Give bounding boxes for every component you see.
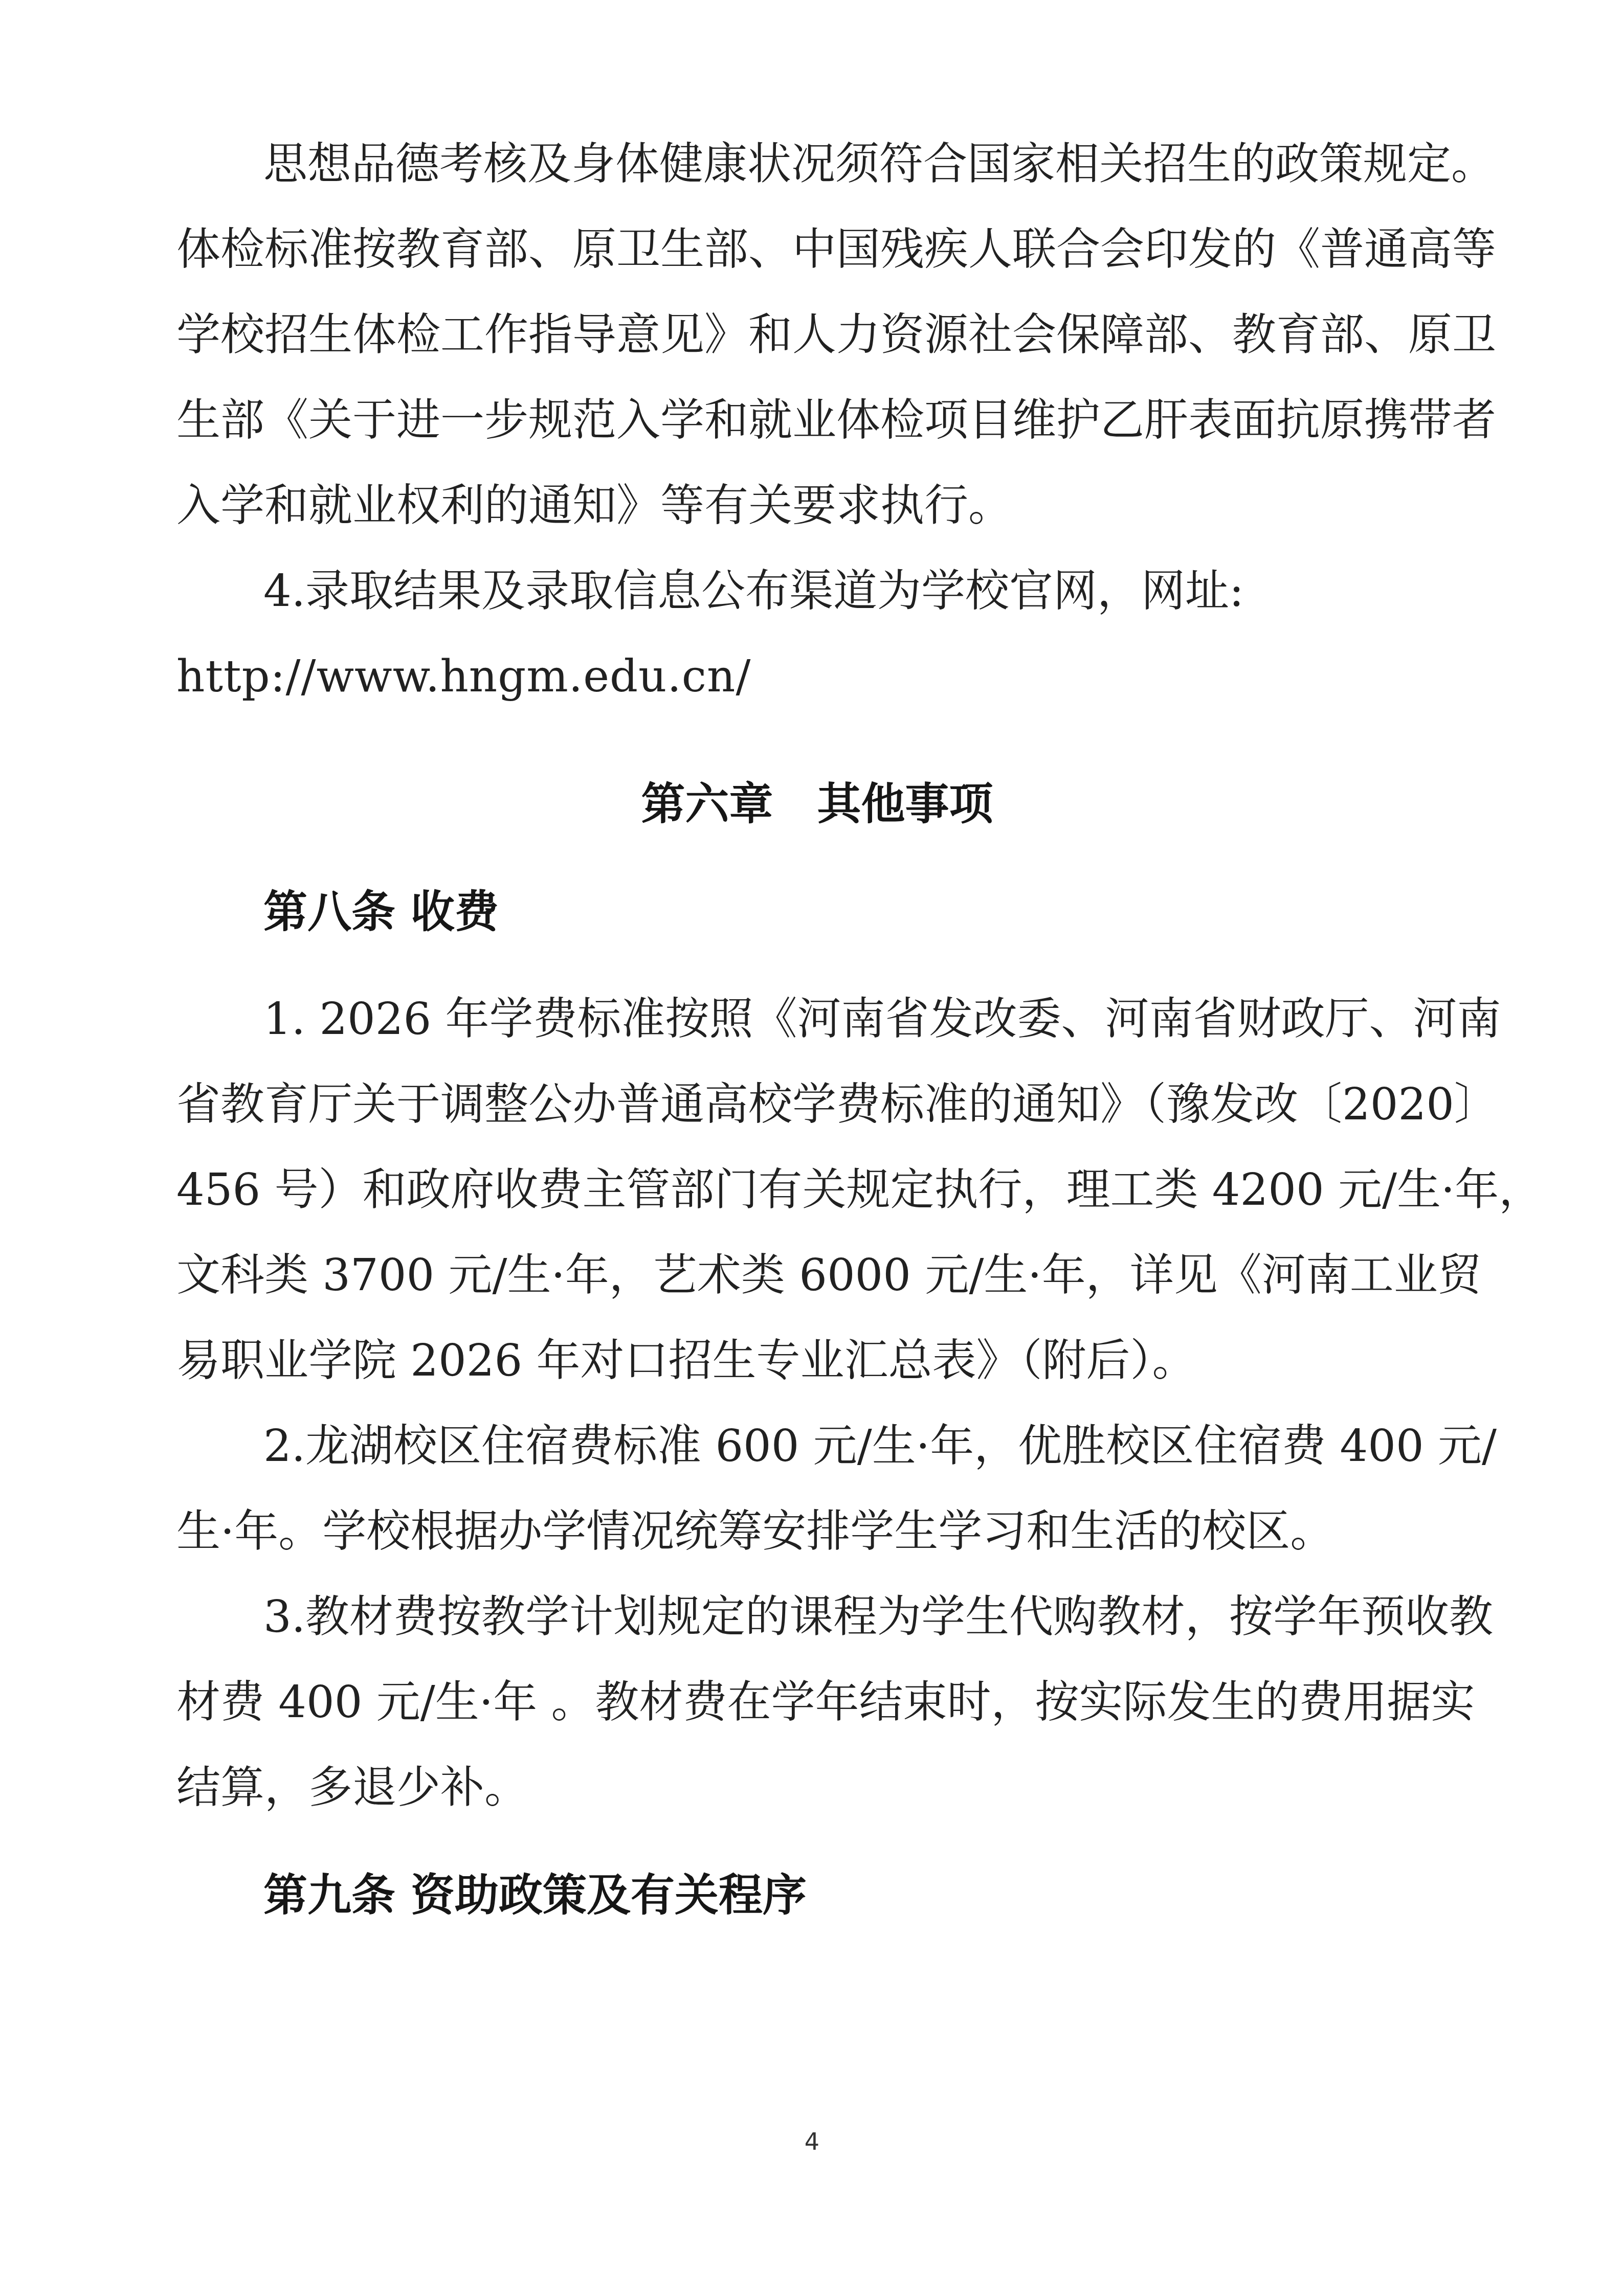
doc-line: 生·年。学校根据办学情况统筹安排学生学习和生活的校区。 <box>176 1489 1458 1574</box>
doc-line: 体检标准按教育部、原卫生部、中国残疾人联合会印发的《普通高等 <box>176 207 1458 292</box>
doc-line: 文科类 3700 元/生·年，艺术类 6000 元/生·年，详见《河南工业贸 <box>176 1233 1458 1318</box>
doc-line: 3.教材费按教学计划规定的课程为学生代购教材，按学年预收教 <box>176 1574 1458 1660</box>
document-body: 思想品德考核及身体健康状况须符合国家相关招生的政策规定。 体检标准按教育部、原卫… <box>0 0 1624 1938</box>
doc-line: 2.龙湖校区住宿费标准 600 元/生·年，优胜校区住宿费 400 元/ <box>176 1404 1458 1489</box>
doc-line: 4.录取结果及录取信息公布渠道为学校官网，网址: <box>176 549 1458 634</box>
article-heading-fees: 第八条 收费 <box>176 869 1458 955</box>
doc-line: 入学和就业权利的通知》等有关要求执行。 <box>176 463 1458 549</box>
doc-line: 1. 2026 年学费标准按照《河南省发改委、河南省财政厅、河南 <box>176 977 1458 1062</box>
doc-line: 思想品德考核及身体健康状况须符合国家相关招生的政策规定。 <box>176 122 1458 207</box>
chapter-heading: 第六章 其他事项 <box>176 762 1458 847</box>
doc-line: 省教育厅关于调整公办普通高校学费标准的通知》（豫发改〔2020〕 <box>176 1062 1458 1147</box>
article-heading-aid-policy: 第九条 资助政策及有关程序 <box>176 1853 1458 1938</box>
url-text: http://www.hngm.edu.cn/ <box>176 634 1458 719</box>
doc-line: 456 号）和政府收费主管部门有关规定执行，理工类 4200 元/生·年， <box>176 1147 1458 1233</box>
doc-line: 结算，多退少补。 <box>176 1745 1458 1831</box>
page-number: 4 <box>0 2126 1624 2157</box>
doc-line: 易职业学院 2026 年对口招生专业汇总表》（附后）。 <box>176 1318 1458 1404</box>
doc-line: 材费 400 元/生·年 。教材费在学年结束时，按实际发生的费用据实 <box>176 1660 1458 1745</box>
doc-line: 生部《关于进一步规范入学和就业体检项目维护乙肝表面抗原携带者 <box>176 378 1458 463</box>
document-page: 思想品德考核及身体健康状况须符合国家相关招生的政策规定。 体检标准按教育部、原卫… <box>0 0 1624 2296</box>
doc-line: 学校招生体检工作指导意见》和人力资源社会保障部、教育部、原卫 <box>176 292 1458 378</box>
